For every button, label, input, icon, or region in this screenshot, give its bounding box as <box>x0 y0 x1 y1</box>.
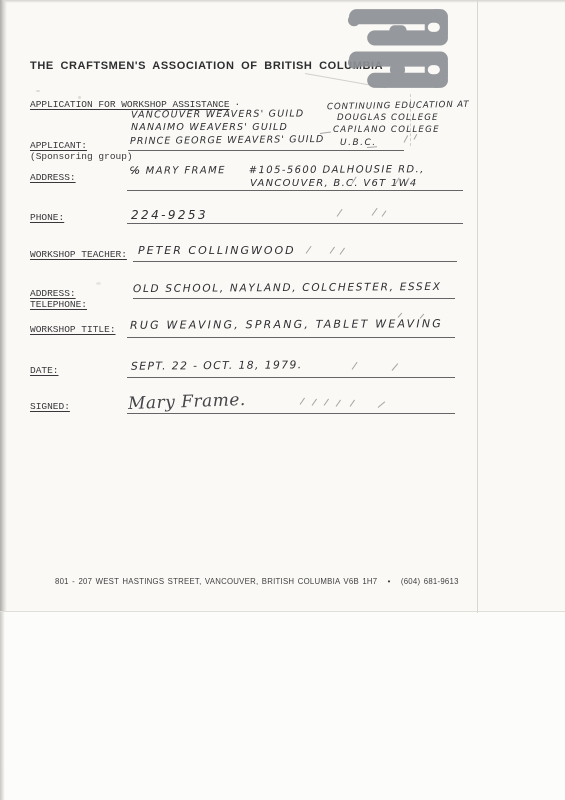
pen-mark <box>300 398 305 405</box>
address-value-line-2: VANCOUVER, B.C. V6T 1W4 <box>250 178 418 189</box>
applicant-label: APPLICANT: <box>30 140 87 151</box>
workshop-title-label: WORKSHOP TITLE: <box>30 324 116 335</box>
workshop-teacher-value: PETER COLLINGWOOD <box>138 244 296 257</box>
applicant-group-1: VANCOUVER WEAVERS' GUILD <box>131 108 304 120</box>
workshop-title-value: RUG WEAVING, SPRANG, TABLET WEAVING <box>130 317 443 332</box>
pen-mark <box>336 400 341 407</box>
cabc-logo-icon <box>347 7 452 92</box>
pen-mark <box>340 248 345 255</box>
teacher-address-writing-line <box>133 298 455 299</box>
workshop-title-writing-line <box>127 337 455 338</box>
paper-left-edge <box>0 0 7 612</box>
pen-mark <box>350 400 355 407</box>
signed-writing-line <box>127 413 455 414</box>
scanned-document: THE CRAFTSMEN'S ASSOCIATION OF BRITISH C… <box>0 0 565 800</box>
paper-smudge <box>36 90 40 92</box>
continuing-ed-line-2: DOUGLAS COLLEGE <box>337 113 439 123</box>
paper-left-edge-lower <box>0 612 5 800</box>
pen-mark <box>392 363 399 371</box>
applicant-group-3: PRINCE GEORGE WEAVERS' GUILD <box>130 134 325 147</box>
continuing-ed-line-1: CONTINUING EDUCATION AT <box>327 100 470 112</box>
pen-mark <box>312 399 317 406</box>
paper-smudge <box>96 282 101 285</box>
organization-name: THE CRAFTSMEN'S ASSOCIATION OF BRITISH C… <box>30 60 383 72</box>
pen-mark <box>404 135 409 143</box>
phone-label: PHONE: <box>30 212 64 223</box>
teacher-telephone-label: TELEPHONE: <box>30 299 87 310</box>
continuing-ed-line-3: CAPILANO COLLEGE <box>333 125 440 135</box>
applicant-sublabel: (Sponsoring group) <box>30 151 133 162</box>
date-value: SEPT. 22 - OCT. 18, 1979. <box>131 358 303 372</box>
date-writing-line <box>127 377 455 378</box>
teacher-address-value: OLD SCHOOL, NAYLAND, COLCHESTER, ESSEX <box>133 281 442 295</box>
pen-mark <box>372 208 378 216</box>
address-value-line-1: ℅ MARY FRAME #105-5600 DALHOUSIE RD., <box>130 164 425 177</box>
phone-writing-line <box>127 223 463 224</box>
teacher-address-label: ADDRESS: <box>30 288 76 299</box>
pen-mark <box>306 246 312 254</box>
address-label: ADDRESS: <box>30 172 76 183</box>
applicant-writing-line <box>128 150 404 151</box>
pen-mark <box>320 131 331 134</box>
paper-top-edge <box>0 0 565 3</box>
scanner-background <box>0 612 565 800</box>
signature: Mary Frame. <box>128 390 246 414</box>
pen-mark <box>324 399 329 406</box>
vertical-fold-crease <box>477 0 478 613</box>
footer-address: 801 - 207 WEST HASTINGS STREET, VANCOUVE… <box>55 577 459 586</box>
pen-mark <box>330 247 335 254</box>
address-writing-line <box>127 190 463 191</box>
workshop-teacher-label: WORKSHOP TEACHER: <box>30 249 127 260</box>
applicant-group-2: NANAIMO WEAVERS' GUILD <box>131 122 288 133</box>
phone-value: 224-9253 <box>131 208 208 222</box>
pen-mark <box>378 401 386 408</box>
signed-label: SIGNED: <box>30 401 70 412</box>
date-label: DATE: <box>30 365 59 376</box>
paper-bottom-edge <box>0 611 565 612</box>
workshop-teacher-writing-line <box>133 261 457 262</box>
pen-mark <box>337 209 343 217</box>
pen-mark <box>352 362 358 370</box>
pen-mark <box>382 210 387 216</box>
